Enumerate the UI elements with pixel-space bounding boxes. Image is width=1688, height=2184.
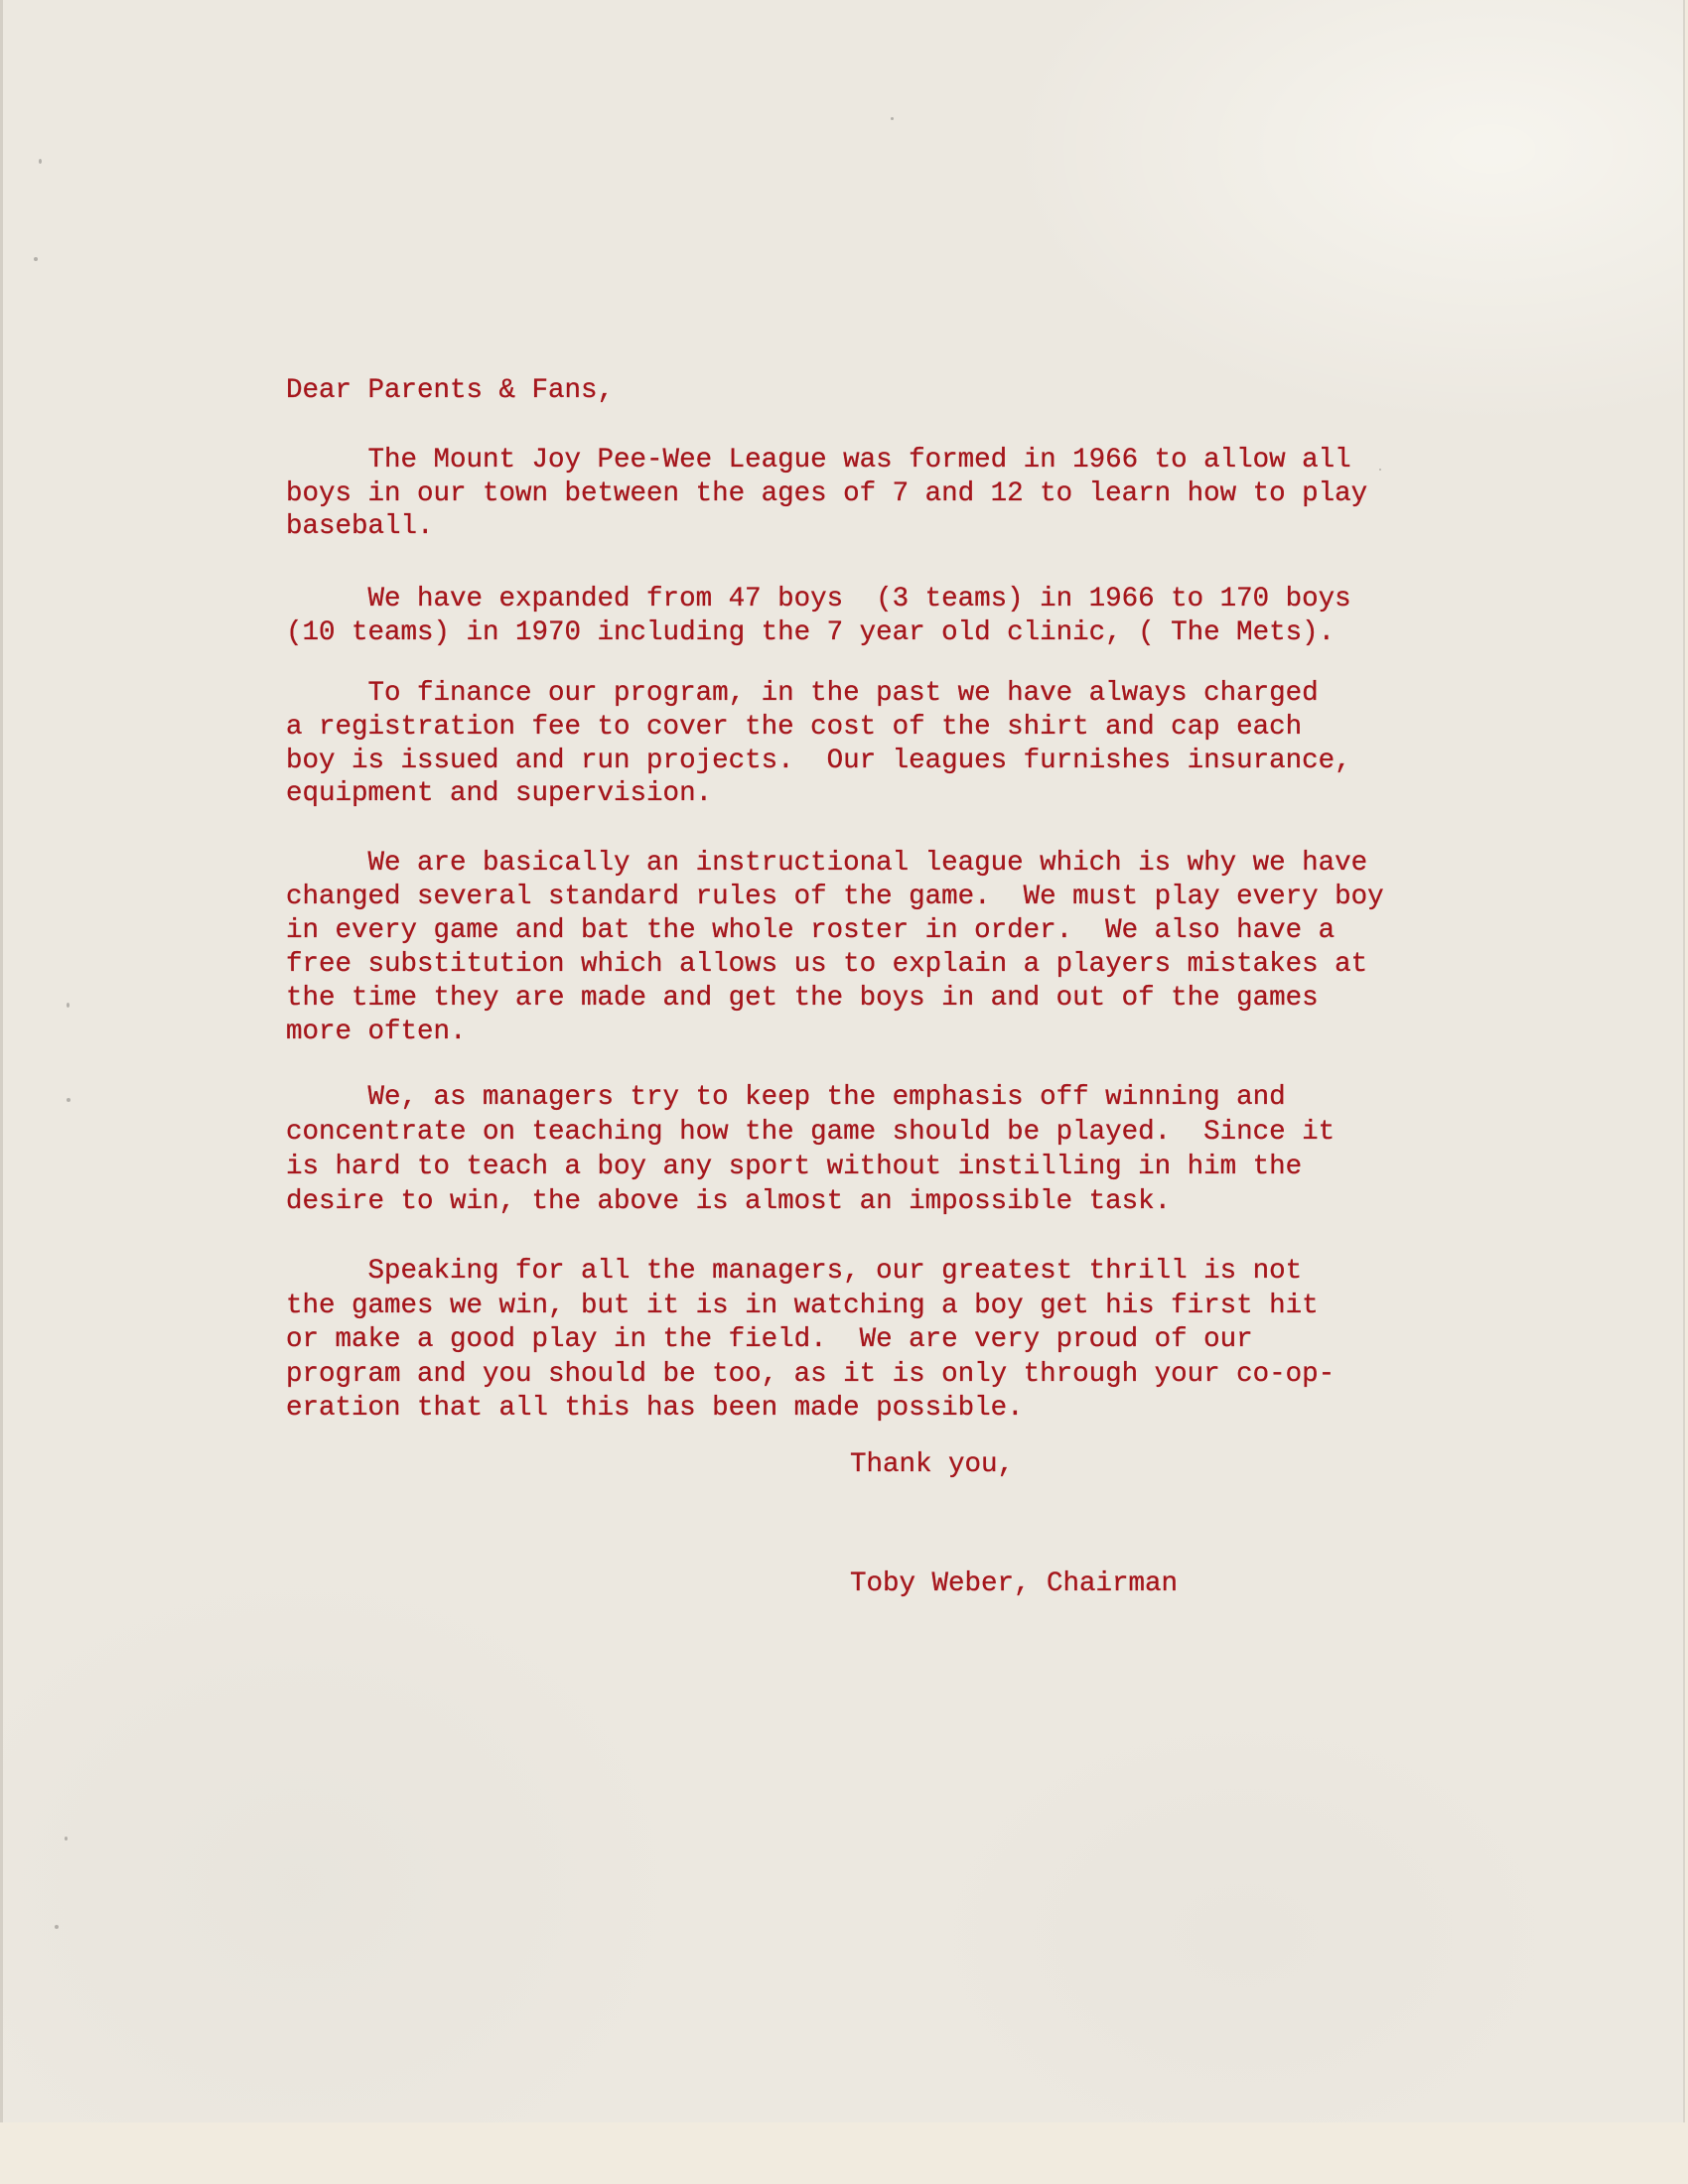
paragraph-6-line-1: Speaking for all the managers, our great… [286, 1257, 1302, 1287]
paragraph-5-line-3: is hard to teach a boy any sport without… [286, 1153, 1302, 1182]
paper-speck [67, 1098, 70, 1102]
paragraph-4-line-5: the time they are made and get the boys … [286, 984, 1319, 1014]
paragraph-3-line-3: boy is issued and run projects. Our leag… [286, 747, 1351, 776]
paragraph-4-line-1: We are basically an instructional league… [286, 849, 1367, 879]
paragraph-2-line-1: We have expanded from 47 boys (3 teams) … [286, 585, 1351, 614]
paragraph-2-line-2: (10 teams) in 1970 including the 7 year … [286, 618, 1335, 648]
paper-speck [34, 257, 38, 261]
signature: Toby Weber, Chairman [850, 1570, 1178, 1599]
paragraph-6-line-3: or make a good play in the field. We are… [286, 1325, 1253, 1355]
paper-speck [1379, 469, 1381, 471]
paragraph-1-line-2: boys in our town between the ages of 7 a… [286, 479, 1367, 509]
paragraph-6-line-2: the games we win, but it is in watching … [286, 1292, 1319, 1321]
salutation: Dear Parents & Fans, [286, 376, 614, 406]
paragraph-5-line-2: concentrate on teaching how the game sho… [286, 1118, 1335, 1148]
paragraph-5-line-4: desire to win, the above is almost an im… [286, 1187, 1171, 1217]
paper-speck [39, 159, 42, 164]
paper-speck [67, 1003, 70, 1008]
letter-page: Dear Parents & Fans, The Mount Joy Pee-W… [0, 0, 1685, 2122]
paragraph-1-line-1: The Mount Joy Pee-Wee League was formed … [286, 446, 1351, 476]
paper-speck [891, 117, 894, 120]
paragraph-6-line-4: program and you should be too, as it is … [286, 1360, 1335, 1390]
paragraph-3-line-4: equipment and supervision. [286, 779, 712, 809]
paper-speck [65, 1837, 68, 1841]
closing: Thank you, [850, 1450, 1014, 1480]
paper-speck [55, 1925, 59, 1929]
paragraph-4-line-6: more often. [286, 1018, 467, 1047]
paragraph-6-line-5: eration that all this has been made poss… [286, 1394, 1024, 1424]
paragraph-3-line-1: To finance our program, in the past we h… [286, 679, 1319, 709]
paragraph-4-line-3: in every game and bat the whole roster i… [286, 916, 1335, 946]
paragraph-4-line-2: changed several standard rules of the ga… [286, 883, 1384, 912]
paragraph-1-line-3: baseball. [286, 512, 434, 542]
paragraph-4-line-4: free substitution which allows us to exp… [286, 950, 1367, 980]
paragraph-5-line-1: We, as managers try to keep the emphasis… [286, 1083, 1286, 1113]
paragraph-3-line-2: a registration fee to cover the cost of … [286, 713, 1302, 743]
